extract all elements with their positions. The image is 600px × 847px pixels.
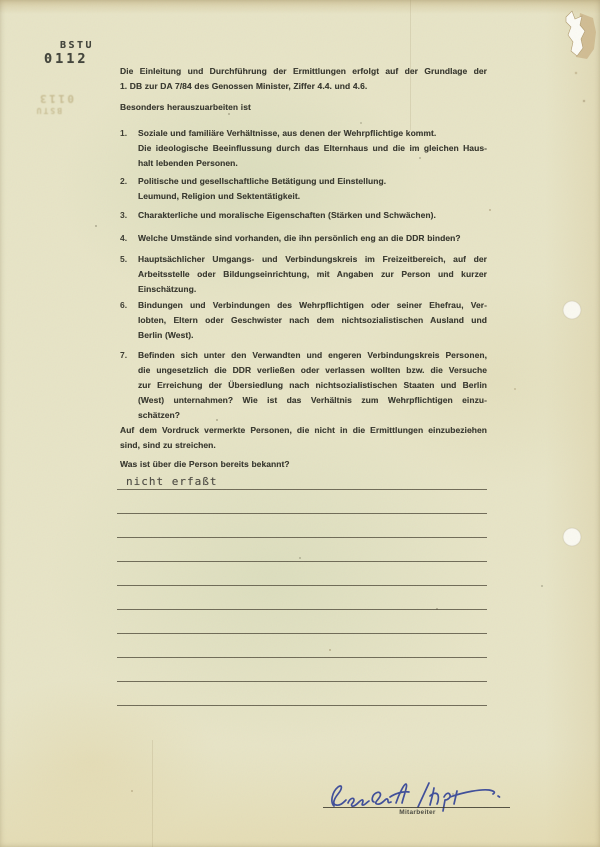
- signature-role-label: Mitarbeiter: [345, 809, 490, 816]
- text-line: Berlin (West).: [138, 328, 487, 343]
- item-number: 2.: [120, 174, 138, 189]
- ghost-stamp-bleedthrough: BSTU 0113: [14, 92, 74, 115]
- dust-specks: [0, 0, 2, 2]
- ruled-line: [117, 609, 487, 610]
- archive-stamp-number: 0112: [44, 52, 94, 67]
- text-line: zur Erreichung der Übersiedlung nach nic…: [138, 378, 487, 393]
- text-line: Welche Umstände sind vorhanden, die ihn …: [138, 231, 487, 246]
- text-line: Bindungen und Verbindungen des Wehrpflic…: [138, 298, 487, 313]
- ruled-line: [117, 633, 487, 634]
- item-number: 4.: [120, 231, 138, 246]
- list-item-6: 6. Bindungen und Verbindungen des Wehrpf…: [120, 298, 487, 343]
- fold-crease: [152, 740, 153, 847]
- punch-hole-bottom: [563, 528, 581, 546]
- list-item-5: 5. Hauptsächlicher Umgangs- und Verbindu…: [120, 252, 487, 297]
- text-line: lobten, Eltern oder Geschwister nach dem…: [138, 313, 487, 328]
- text-line: Befinden sich unter den Verwandten und e…: [138, 348, 487, 363]
- ruled-line: [117, 513, 487, 514]
- ghost-stamp-number: 0113: [14, 92, 74, 105]
- text-line: Hauptsächlicher Umgangs- und Verbindungs…: [138, 252, 487, 267]
- text-line: 1. DB zur DA 7/84 des Genossen Minister,…: [120, 79, 487, 94]
- list-item-2: 2. Politische und gesellschaftliche Betä…: [120, 174, 487, 204]
- text-line: Soziale und familiäre Verhältnisse, aus …: [138, 126, 487, 141]
- punch-hole-top: [563, 301, 581, 319]
- text-line: Einschätzung.: [138, 282, 487, 297]
- ruled-line: [117, 657, 487, 658]
- answer-rule-line: [117, 489, 487, 490]
- heading-text: Besonders herauszuarbeiten ist: [120, 100, 487, 115]
- question-text: Was ist über die Person bereits bekannt?: [120, 457, 487, 472]
- scanned-document-page: BSTU 0112 BSTU 0113 Die Einleitung und D…: [0, 0, 600, 847]
- typewritten-answer: nicht erfaßt: [126, 475, 217, 488]
- text-line: Arbeitsstelle oder Bildungseinrichtung, …: [138, 267, 487, 282]
- text-line: halt lebenden Personen.: [138, 156, 487, 171]
- fold-crease: [410, 0, 411, 130]
- item-number: 1.: [120, 126, 138, 141]
- text-line: Die ideologische Beeinflussung durch das…: [138, 141, 487, 156]
- text-line: die ungesetzlich die DDR verließen oder …: [138, 363, 487, 378]
- list-item-3: 3. Charakterliche und moralische Eigensc…: [120, 208, 487, 223]
- note-paragraph: Auf dem Vordruck vermerkte Personen, die…: [120, 423, 487, 453]
- item-number: 5.: [120, 252, 138, 267]
- text-line: schätzen?: [138, 408, 487, 423]
- section-heading: Besonders herauszuarbeiten ist: [120, 100, 487, 115]
- item-number: 6.: [120, 298, 138, 313]
- intro-paragraph: Die Einleitung und Durchführung der Ermi…: [120, 64, 487, 94]
- ruled-line: [117, 537, 487, 538]
- list-item-1: 1. Soziale und familiäre Verhältnisse, a…: [120, 126, 487, 171]
- torn-corner-patch: [552, 5, 600, 69]
- text-line: Charakterliche und moralische Eigenschaf…: [138, 208, 487, 223]
- ruled-line: [117, 561, 487, 562]
- item-number: 7.: [120, 348, 138, 363]
- text-line: Politische und gesellschaftliche Betätig…: [138, 174, 487, 189]
- archive-stamp: BSTU 0112: [44, 40, 94, 67]
- text-line: Auf dem Vordruck vermerkte Personen, die…: [120, 423, 487, 438]
- ruled-line: [117, 681, 487, 682]
- ruled-line: [117, 585, 487, 586]
- ruled-line: [117, 705, 487, 706]
- ghost-stamp-text: BSTU: [14, 105, 62, 115]
- text-line: Leumund, Religion und Sektentätigkeit.: [138, 189, 487, 204]
- text-line: sind, sind zu streichen.: [120, 438, 487, 453]
- signature-rule-line: [323, 807, 510, 808]
- question-line: Was ist über die Person bereits bekannt?: [120, 457, 487, 472]
- text-line: Die Einleitung und Durchführung der Ermi…: [120, 64, 487, 79]
- list-item-7: 7. Befinden sich unter den Verwandten un…: [120, 348, 487, 423]
- item-number: 3.: [120, 208, 138, 223]
- text-line: (West) unternahmen? Wie ist das Verhältn…: [138, 393, 487, 408]
- list-item-4: 4. Welche Umstände sind vorhanden, die i…: [120, 231, 487, 246]
